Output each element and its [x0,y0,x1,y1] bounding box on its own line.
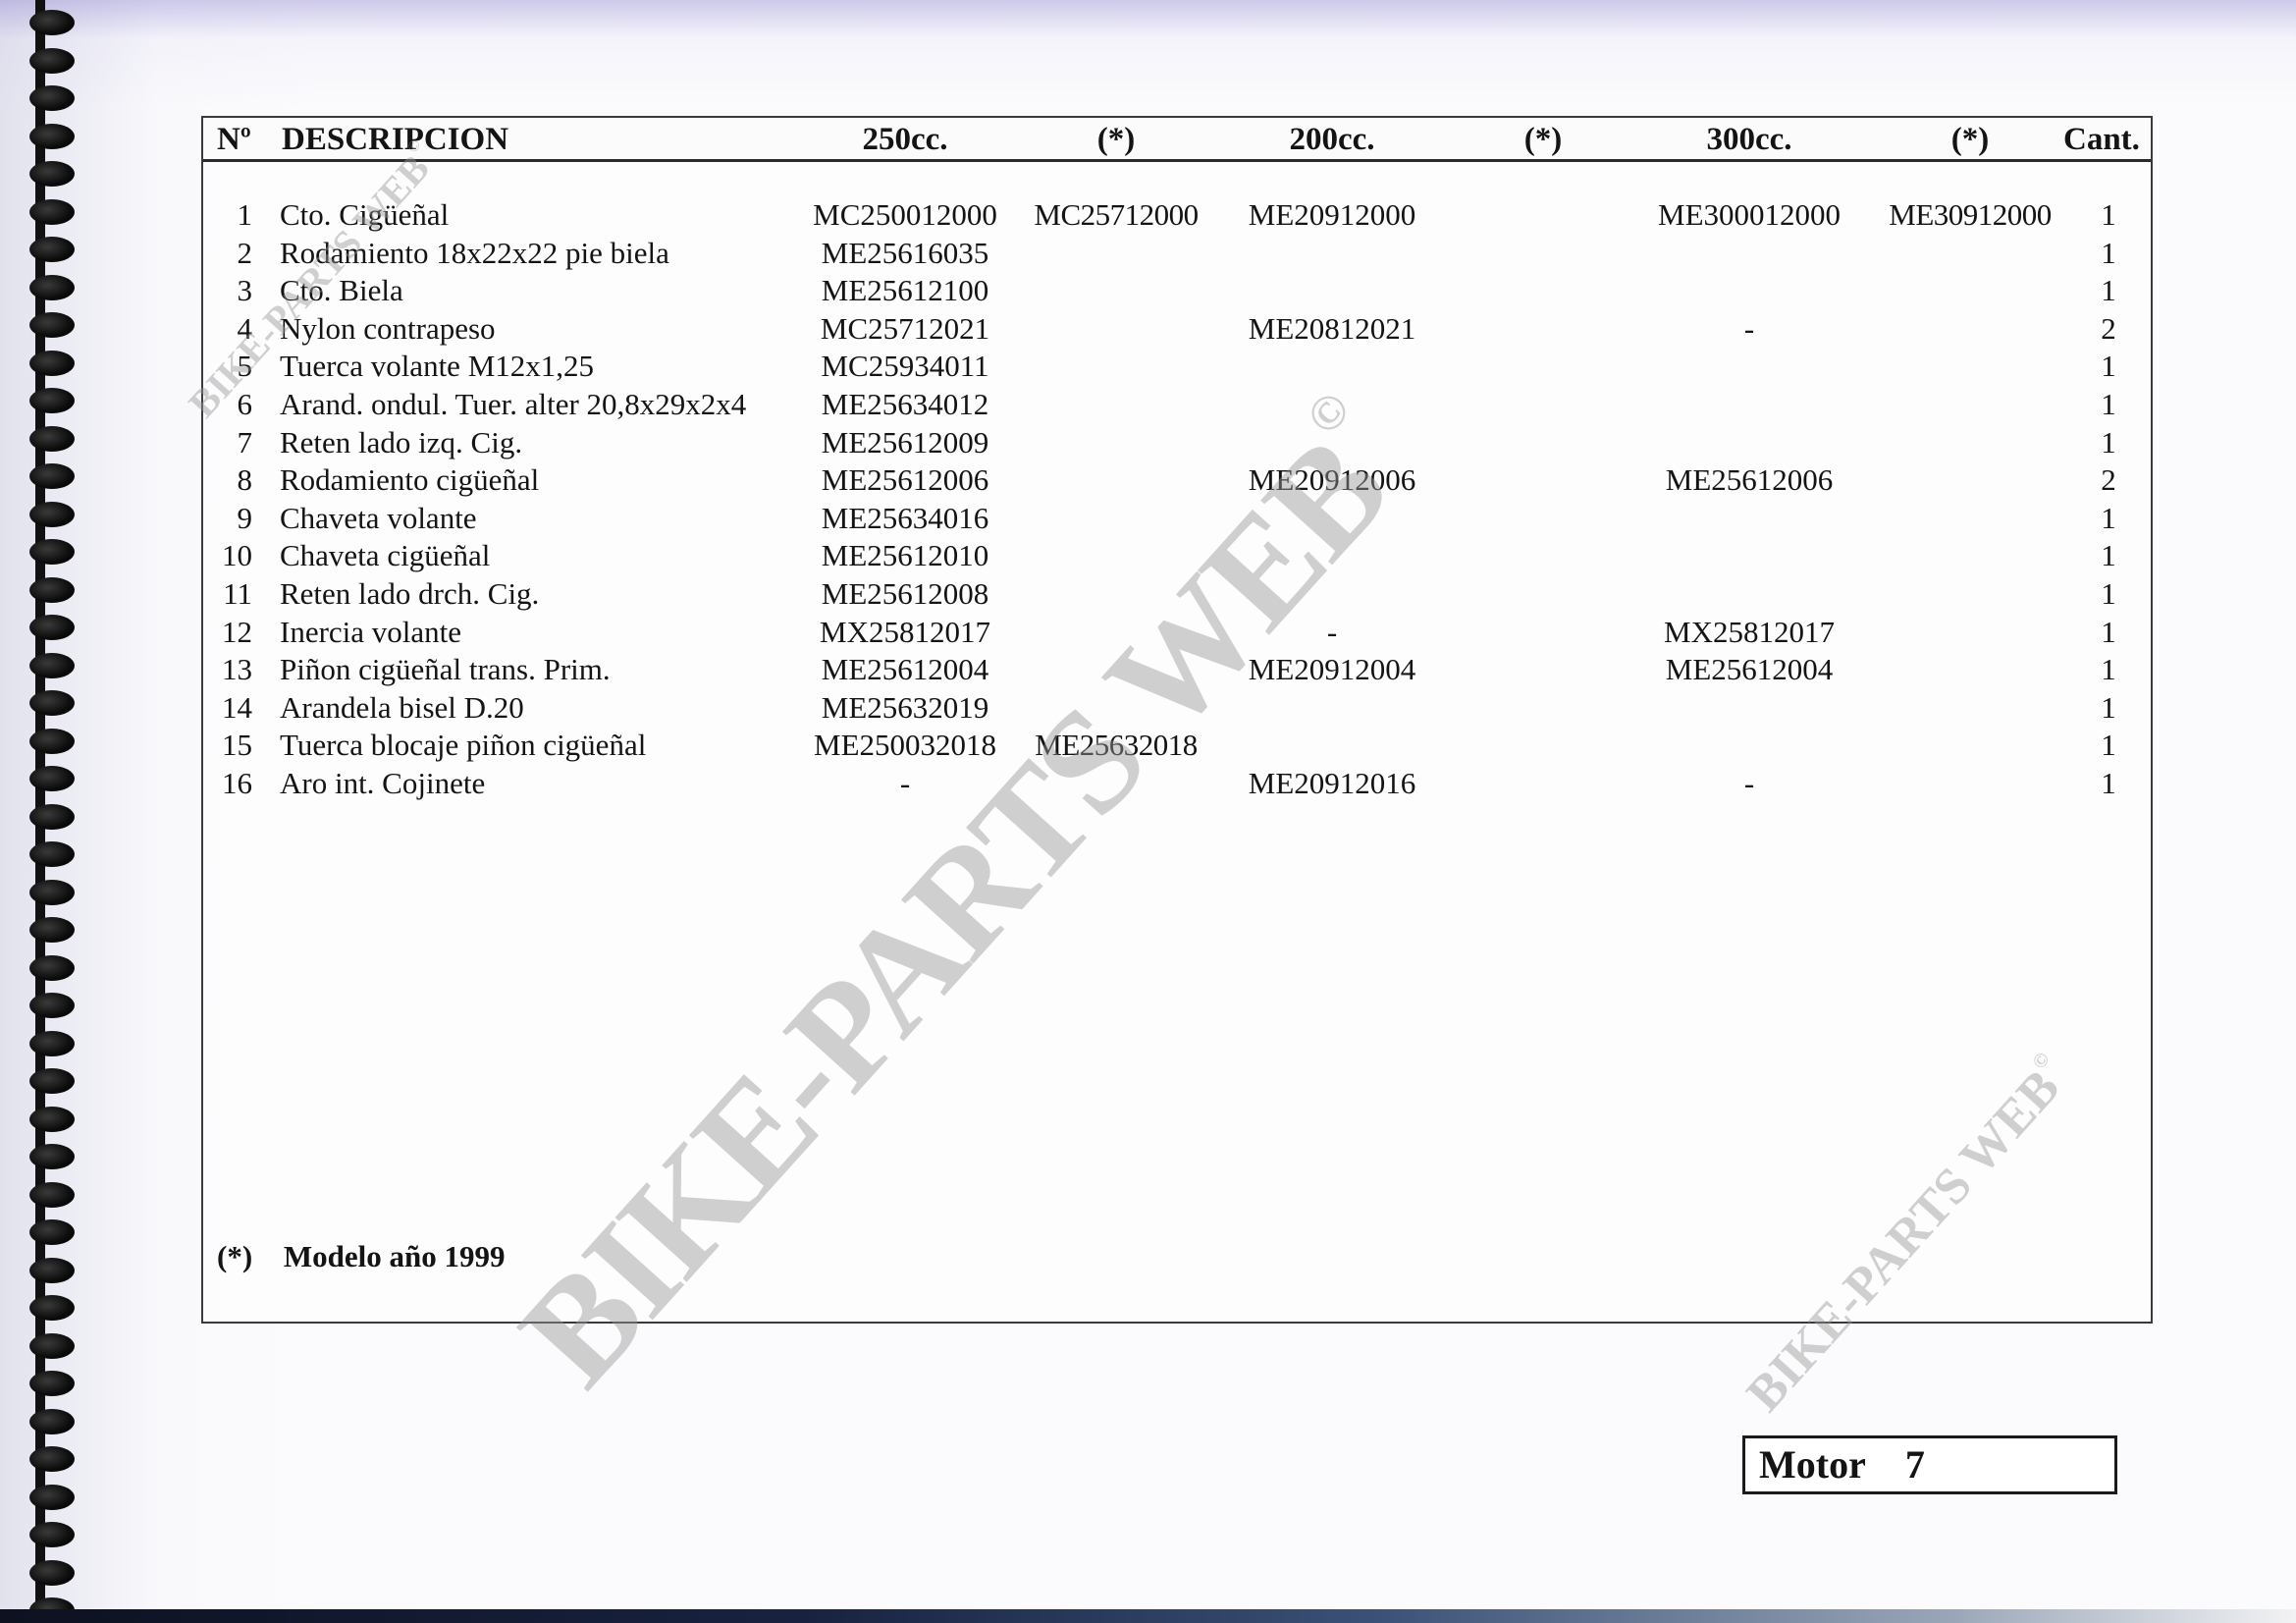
row-200cc-code: ME20912016 [1229,765,1435,802]
row-number: 1 [211,196,252,234]
row-number: 8 [211,461,252,499]
binding-ring [29,1371,75,1396]
row-number: 12 [211,614,252,651]
row-250cc-code: ME25616035 [802,235,1008,272]
header-300cc-1999: (*) [1872,122,2068,158]
row-300cc-1999-code: ME30912000 [1872,196,2068,234]
table-row: 9Chaveta volanteME256340161 [203,500,2151,537]
row-number: 13 [211,651,252,688]
binding-ring [29,653,75,678]
row-250cc-code: MC250012000 [802,196,1008,234]
row-description: Tuerca volante M12x1,25 [280,348,594,385]
binding-ring [29,1522,75,1547]
table-row: 1Cto. CigüeñalMC250012000MC25712000ME209… [203,196,2151,234]
binding-ring [29,841,75,867]
binding-ring [29,237,75,262]
row-250cc-1999-code: ME25632018 [1023,727,1209,764]
row-300cc-code: ME25612006 [1641,461,1857,499]
binding-ring [29,1144,75,1169]
row-quantity: 1 [2084,727,2133,764]
row-description: Reten lado izq. Cig. [280,424,522,461]
row-300cc-code: ME300012000 [1641,196,1857,234]
row-300cc-code: ME25612004 [1641,651,1857,688]
row-description: Aro int. Cojinete [280,765,485,802]
bottom-edge-strip [0,1609,2296,1623]
row-quantity: 1 [2084,424,2133,461]
row-number: 16 [211,765,252,802]
row-200cc-code: ME20912000 [1229,196,1435,234]
parts-table: Nº DESCRIPCION 250cc. (*) 200cc. (*) 300… [201,116,2153,1324]
row-250cc-code: ME25612008 [802,575,1008,613]
row-200cc-code: - [1229,614,1435,651]
binding-ring [29,917,75,943]
table-row: 12Inercia volanteMX25812017-MX258120171 [203,614,2151,651]
row-300cc-code: - [1641,310,1857,348]
row-description: Arandela bisel D.20 [280,689,524,727]
table-header: Nº DESCRIPCION 250cc. (*) 200cc. (*) 300… [203,118,2151,162]
binding-ring [29,1409,75,1434]
binding-ring [29,993,75,1018]
row-number: 6 [211,386,252,423]
row-number: 3 [211,272,252,309]
binding-ring [29,766,75,791]
row-quantity: 1 [2084,651,2133,688]
binding-ring [29,199,75,225]
binding-ring [29,1446,75,1472]
header-250cc-1999: (*) [1023,122,1209,158]
binding-ring [29,1560,75,1586]
row-number: 4 [211,310,252,348]
binding-ring [29,690,75,716]
row-quantity: 1 [2084,689,2133,727]
binding-ring [29,1258,75,1283]
row-description: Reten lado drch. Cig. [280,575,539,613]
binding-ring [29,729,75,754]
spiral-binding [8,0,69,1623]
binding-ring [29,1219,75,1245]
table-row: 8Rodamiento cigüeñalME25612006ME20912006… [203,461,2151,499]
binding-ring [29,1333,75,1359]
binding-ring [29,577,75,603]
binding-ring [29,48,75,74]
section-name: Motor [1759,1442,1866,1487]
binding-ring [29,351,75,376]
row-250cc-code: MC25934011 [802,348,1008,385]
row-quantity: 1 [2084,272,2133,309]
row-number: 2 [211,235,252,272]
row-quantity: 1 [2084,386,2133,423]
row-description: Tuerca blocaje piñon cigüeñal [280,727,646,764]
binding-ring [29,502,75,527]
row-description: Nylon contrapeso [280,310,496,348]
row-quantity: 1 [2084,537,2133,574]
table-row: 14Arandela bisel D.20ME256320191 [203,689,2151,727]
binding-ring [29,1295,75,1321]
row-200cc-code: ME20912006 [1229,461,1435,499]
row-description: Cto. Cigüeñal [280,196,449,234]
footnote-text: Modelo año 1999 [284,1239,506,1273]
row-250cc-code: ME25634012 [802,386,1008,423]
binding-ring [29,804,75,830]
header-quantity: Cant. [2063,122,2140,158]
table-row: 5Tuerca volante M12x1,25MC259340111 [203,348,2151,385]
header-250cc: 250cc. [802,122,1008,158]
row-number: 10 [211,537,252,574]
row-300cc-code: MX25812017 [1641,614,1857,651]
row-300cc-code: - [1641,765,1857,802]
row-250cc-1999-code: MC25712000 [1023,196,1209,234]
row-number: 5 [211,348,252,385]
row-quantity: 1 [2084,196,2133,234]
section-page-number: 7 [1905,1442,1925,1487]
binding-ring [29,463,75,489]
binding-ring [29,1182,75,1208]
row-200cc-code: ME20812021 [1229,310,1435,348]
row-description: Arand. ondul. Tuer. alter 20,8x29x2x4 [280,386,746,423]
row-quantity: 1 [2084,500,2133,537]
row-quantity: 1 [2084,575,2133,613]
row-250cc-code: ME25612006 [802,461,1008,499]
row-250cc-code: ME25634016 [802,500,1008,537]
binding-ring [29,615,75,640]
table-row: 7Reten lado izq. Cig.ME256120091 [203,424,2151,461]
row-description: Cto. Biela [280,272,403,309]
binding-ring [29,426,75,452]
table-row: 6Arand. ondul. Tuer. alter 20,8x29x2x4ME… [203,386,2151,423]
binding-ring [29,388,75,413]
row-quantity: 1 [2084,614,2133,651]
row-number: 9 [211,500,252,537]
binding-ring [29,880,75,905]
row-description: Piñon cigüeñal trans. Prim. [280,651,611,688]
row-250cc-code: ME25612100 [802,272,1008,309]
row-description: Rodamiento cigüeñal [280,461,539,499]
binding-ring [29,85,75,111]
header-description: DESCRIPCION [282,122,508,158]
row-quantity: 2 [2084,310,2133,348]
header-200cc-1999: (*) [1450,122,1636,158]
table-row: 13Piñon cigüeñal trans. Prim.ME25612004M… [203,651,2151,688]
binding-ring [29,10,75,35]
binding-ring [29,312,75,338]
table-row: 11Reten lado drch. Cig.ME256120081 [203,575,2151,613]
row-250cc-code: ME250032018 [802,727,1008,764]
binding-ring [29,161,75,187]
binding-ring [29,1031,75,1056]
binding-ring [29,124,75,149]
footnote: (*) Modelo año 1999 [217,1239,506,1274]
section-page-label: Motor7 [1742,1435,2117,1494]
table-row: 16Aro int. Cojinete-ME20912016-1 [203,765,2151,802]
binding-ring [29,1485,75,1510]
row-quantity: 1 [2084,765,2133,802]
table-row: 3Cto. BielaME256121001 [203,272,2151,309]
binding-ring [29,955,75,981]
row-250cc-code: ME25612004 [802,651,1008,688]
footnote-mark: (*) [217,1239,252,1273]
table-row: 10Chaveta cigüeñalME256120101 [203,537,2151,574]
row-250cc-code: ME25632019 [802,689,1008,727]
row-description: Chaveta cigüeñal [280,537,490,574]
row-250cc-code: ME25612010 [802,537,1008,574]
table-row: 2Rodamiento 18x22x22 pie bielaME25616035… [203,235,2151,272]
row-number: 14 [211,689,252,727]
header-200cc: 200cc. [1229,122,1435,158]
table-row: 4Nylon contrapesoMC25712021ME20812021-2 [203,310,2151,348]
row-250cc-code: - [802,765,1008,802]
row-quantity: 1 [2084,235,2133,272]
binding-ring [29,1107,75,1132]
row-number: 7 [211,424,252,461]
header-300cc: 300cc. [1641,122,1857,158]
row-description: Inercia volante [280,614,461,651]
row-250cc-code: ME25612009 [802,424,1008,461]
row-quantity: 1 [2084,348,2133,385]
binding-ring [29,275,75,300]
row-description: Chaveta volante [280,500,477,537]
row-250cc-code: MX25812017 [802,614,1008,651]
row-number: 15 [211,727,252,764]
row-200cc-code: ME20912004 [1229,651,1435,688]
row-number: 11 [211,575,252,613]
header-number: Nº [217,122,251,158]
binding-ring [29,539,75,565]
row-description: Rodamiento 18x22x22 pie biela [280,235,669,272]
table-row: 15Tuerca blocaje piñon cigüeñalME2500320… [203,727,2151,764]
binding-ring [29,1068,75,1094]
row-quantity: 2 [2084,461,2133,499]
row-250cc-code: MC25712021 [802,310,1008,348]
